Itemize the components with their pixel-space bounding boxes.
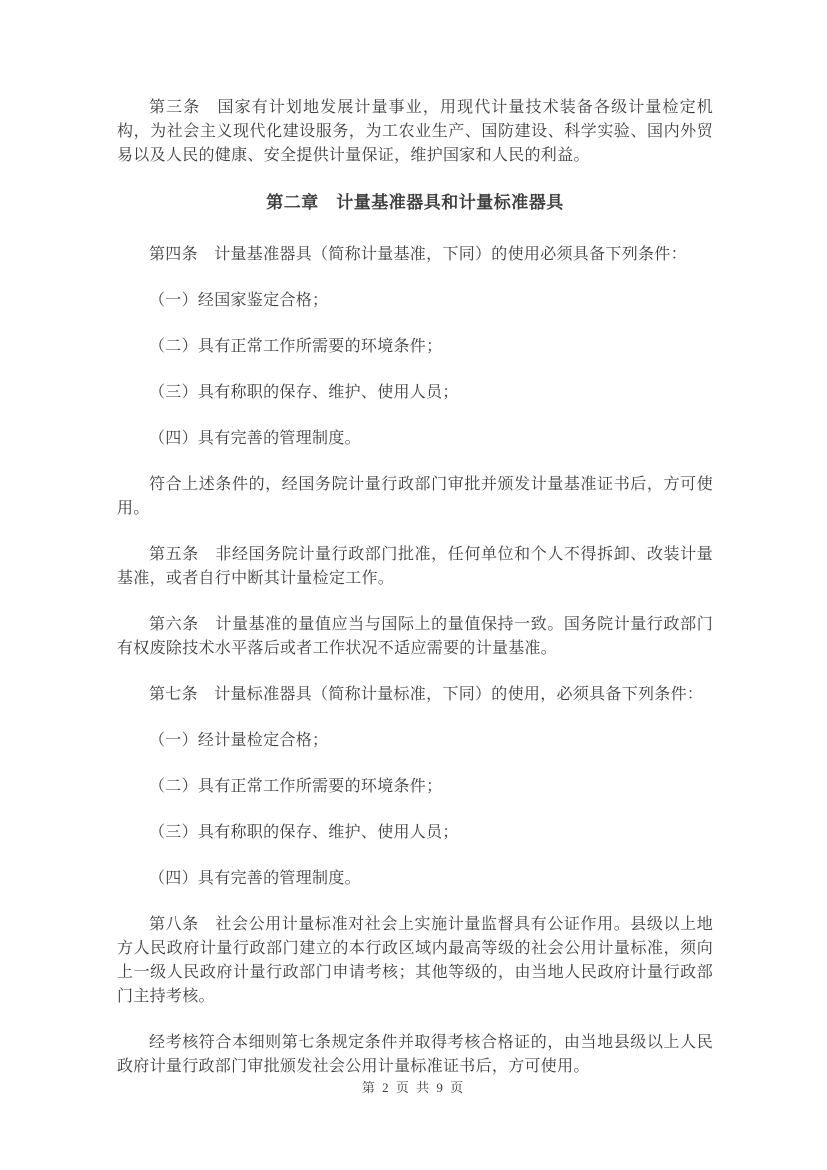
paragraph-article-7: 第七条 计量标准器具（简称计量标准，下同）的使用，必须具备下列条件： [117, 683, 713, 707]
paragraph-article-6: 第六条 计量基准的量值应当与国际上的量值保持一致。国务院计量行政部门有权废除技术… [117, 613, 713, 661]
list-item-article7-2: （二）具有正常工作所需要的环境条件； [117, 775, 713, 799]
list-item-article7-3: （三）具有称职的保存、维护、使用人员； [117, 821, 713, 845]
list-item-article4-2: （二）具有正常工作所需要的环境条件； [117, 335, 713, 359]
paragraph-article-5: 第五条 非经国务院计量行政部门批准，任何单位和个人不得拆卸、改装计量基准，或者自… [117, 543, 713, 591]
paragraph-article-3: 第三条 国家有计划地发展计量事业，用现代计量技术装备各级计量检定机构，为社会主义… [117, 96, 713, 168]
chapter-heading: 第二章 计量基准器具和计量标准器具 [117, 190, 713, 216]
list-item-article4-1: （一）经国家鉴定合格； [117, 289, 713, 313]
list-item-article7-1: （一）经计量检定合格； [117, 729, 713, 753]
document-page: 第三条 国家有计划地发展计量事业，用现代计量技术装备各级计量检定机构，为社会主义… [0, 0, 827, 1170]
paragraph-article8-certificate: 经考核符合本细则第七条规定条件并取得考核合格证的，由当地县级以上人民政府计量行政… [117, 1031, 713, 1079]
paragraph-article-8: 第八条 社会公用计量标准对社会上实施计量监督具有公证作用。县级以上地方人民政府计… [117, 913, 713, 1009]
list-item-article7-4: （四）具有完善的管理制度。 [117, 867, 713, 891]
paragraph-article-4: 第四条 计量基准器具（简称计量基准，下同）的使用必须具备下列条件： [117, 243, 713, 267]
paragraph-article4-approval: 符合上述条件的，经国务院计量行政部门审批并颁发计量基准证书后，方可使用。 [117, 473, 713, 521]
document-body: 第三条 国家有计划地发展计量事业，用现代计量技术装备各级计量检定机构，为社会主义… [117, 96, 713, 1101]
page-number-footer: 第 2 页 共 9 页 [0, 1080, 827, 1096]
list-item-article4-3: （三）具有称职的保存、维护、使用人员； [117, 381, 713, 405]
list-item-article4-4: （四）具有完善的管理制度。 [117, 427, 713, 451]
